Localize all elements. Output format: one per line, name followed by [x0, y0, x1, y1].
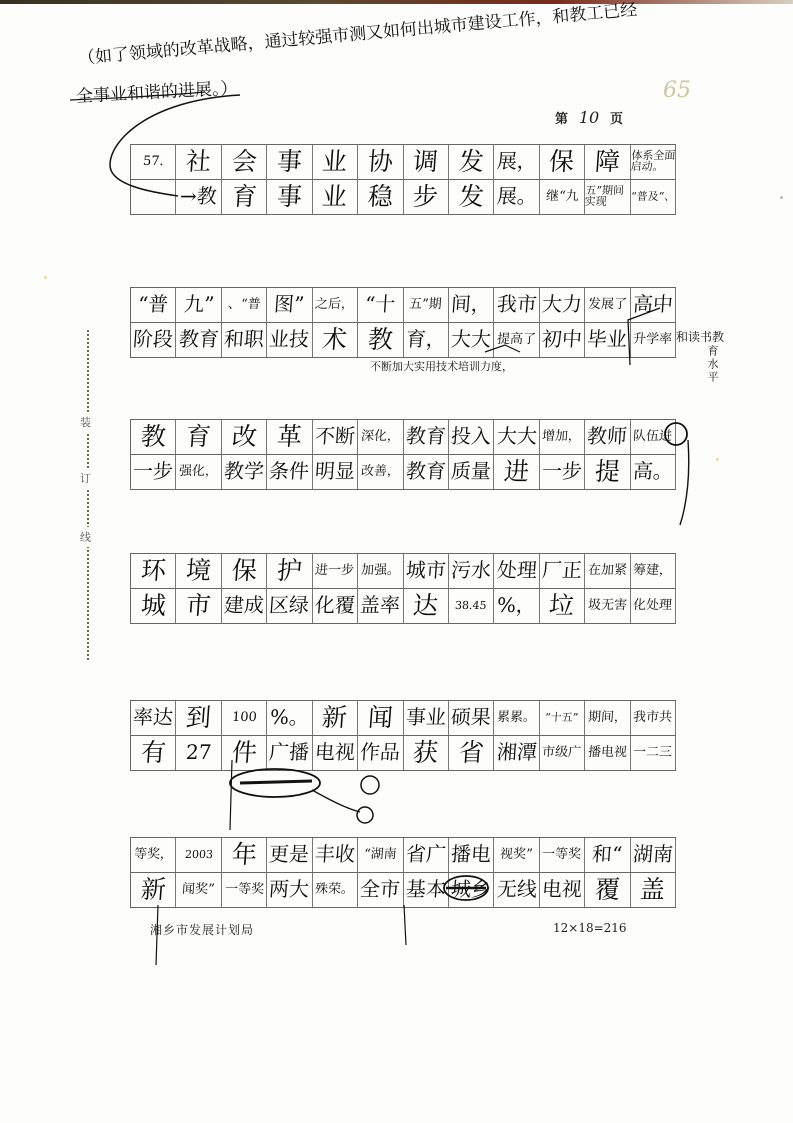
grid-cell: 毕业 — [585, 323, 630, 357]
handwritten-text: 一步 — [133, 461, 174, 481]
grid-cell: 大力 — [540, 288, 585, 322]
handwritten-text: 阶段 — [133, 329, 174, 349]
handwritten-text: 展。 — [496, 186, 537, 206]
grid-cell: 100 — [222, 701, 267, 735]
handwritten-text: 提 — [594, 459, 621, 484]
handwritten-text: 覆 — [594, 877, 621, 902]
handwritten-text: 作品 — [360, 742, 401, 762]
handwritten-text: 一等奖 — [224, 883, 264, 896]
handwritten-text: 稳 — [367, 184, 394, 209]
grid-cell: 保 — [540, 145, 585, 179]
page-label-prefix: 第 — [555, 108, 568, 127]
grid-cell: 步 — [404, 180, 449, 214]
grid-cell: 高。 — [631, 455, 676, 489]
grid-cell: 省 — [449, 736, 494, 770]
grid-cell: 调 — [404, 145, 449, 179]
delete-symbol-icon — [361, 776, 379, 794]
grid-cell: 盖率 — [358, 589, 403, 623]
handwritten-text: 殊荣。 — [315, 883, 355, 896]
grid-cell: 湖南 — [631, 838, 676, 872]
grid-cell — [131, 180, 176, 214]
grid-cell: 大大 — [494, 420, 539, 454]
handwritten-text: 27 — [185, 742, 212, 762]
handwritten-text: 播电 — [450, 844, 491, 864]
handwritten-text: 湘潭 — [496, 742, 537, 762]
handwritten-text: 调 — [412, 149, 439, 174]
handwritten-text: 新 — [321, 705, 348, 730]
grid-cell: 一二三 — [631, 736, 676, 770]
grid-cell: 教师 — [585, 420, 630, 454]
grid-cell: 57. — [131, 145, 176, 179]
page-label-suffix: 页 — [610, 108, 623, 127]
grid-cell: 高中 — [631, 288, 676, 322]
grid-cell: 视奖” — [494, 838, 539, 872]
handwritten-text: 教学 — [223, 461, 264, 481]
grid-line: 城市建成区绿化覆盖率达38.45%，垃圾无害化处理 — [130, 588, 676, 624]
handwritten-text: 改善， — [360, 465, 400, 478]
handwritten-text: 事 — [276, 149, 303, 174]
handwritten-text: 保 — [231, 558, 258, 583]
grid-cell: 护 — [267, 554, 312, 588]
grid-cell: 殊荣。 — [313, 873, 358, 907]
grid-line: 率达到100%。新闻事业硕果累累。“十五”期间，我市共 — [130, 700, 676, 735]
grid-row-pair-3: 教育改革不断深化，教育投入大大增加，教师队伍进一步强化，教学条件明显改善，教育质… — [130, 419, 676, 490]
grid-cell: 2003 — [176, 838, 221, 872]
handwritten-text: 和职 — [223, 329, 264, 349]
binding-mark-xian: 线 — [80, 527, 91, 547]
grid-cell: 境 — [176, 554, 221, 588]
grid-cell: 九” — [176, 288, 221, 322]
grid-cell: 全市 — [358, 873, 403, 907]
grid-cell: 等奖， — [131, 838, 176, 872]
grid-cell: 城市 — [404, 554, 449, 588]
handwritten-text: 厂正 — [541, 560, 582, 580]
grid-cell: 之后， — [313, 288, 358, 322]
handwritten-text: 城乡 — [450, 879, 491, 899]
grid-cell: 件 — [222, 736, 267, 770]
handwritten-text: 播电视 — [587, 746, 627, 759]
handwritten-text: 化覆 — [314, 595, 355, 615]
handwritten-text: 盖率 — [360, 595, 401, 615]
handwritten-text: 两大 — [269, 879, 310, 899]
grid-cell: 新 — [131, 873, 176, 907]
handwritten-text: 省广 — [405, 844, 446, 864]
deletion-circle — [230, 769, 320, 797]
handwritten-text: 保 — [549, 149, 576, 174]
grid-cell: 五”期间实现 — [585, 180, 630, 214]
handwritten-text: %。 — [269, 707, 309, 727]
grid-cell: 作品 — [358, 736, 403, 770]
handwritten-text: 事 — [276, 184, 303, 209]
handwritten-text: 进 — [503, 459, 530, 484]
handwritten-text: 教育 — [178, 329, 219, 349]
handwritten-text: 条件 — [269, 461, 310, 481]
grid-cell: 一等奖 — [540, 838, 585, 872]
handwritten-text: 革 — [276, 424, 303, 449]
handwritten-text: 基本 — [405, 879, 446, 899]
grid-cell: “湖南 — [358, 838, 403, 872]
grid-cell: →教 — [176, 180, 221, 214]
grid-cell: 闻奖” — [176, 873, 221, 907]
handwritten-text: “湖南 — [363, 848, 397, 861]
grid-cell: 更是 — [267, 838, 312, 872]
handwritten-text: 初中 — [541, 329, 582, 349]
grid-cell: 增加， — [540, 420, 585, 454]
handwritten-text: 育 — [231, 184, 258, 209]
grid-cell: 广播 — [267, 736, 312, 770]
grid-cell: 革 — [267, 420, 312, 454]
grid-cell: 市 — [176, 589, 221, 623]
handwritten-text: 环 — [140, 558, 167, 583]
grid-cell: 播电 — [449, 838, 494, 872]
grid-cell: 达 — [404, 589, 449, 623]
grid-cell: “十五” — [540, 701, 585, 735]
grid-cell: 教 — [131, 420, 176, 454]
binding-dotted-line — [87, 330, 95, 660]
page-number: 10 — [574, 108, 604, 127]
grid-cell: 一步 — [131, 455, 176, 489]
grid-cell: 展， — [494, 145, 539, 179]
grid-cell: 社 — [176, 145, 221, 179]
grid-cell: 继“九 — [540, 180, 585, 214]
grid-cell: 一等奖 — [222, 873, 267, 907]
scan-speck — [780, 196, 783, 199]
handwritten-text: 件 — [231, 740, 258, 765]
handwritten-text: 垃 — [549, 593, 576, 618]
grid-cell: 电视 — [540, 873, 585, 907]
strikethrough-mark — [240, 781, 312, 783]
handwritten-text: 社 — [185, 149, 212, 174]
handwritten-text: 电视 — [541, 879, 582, 899]
grid-cell: 获 — [404, 736, 449, 770]
handwritten-text: 市 — [185, 593, 212, 618]
handwritten-text: 升学率 — [633, 333, 673, 346]
handwritten-text: 加强。 — [360, 564, 400, 577]
grid-cell: 队伍进 — [631, 420, 676, 454]
grid-cell: 教育 — [404, 455, 449, 489]
grid-cell: 五”期 — [404, 288, 449, 322]
grid-cell: “普 — [131, 288, 176, 322]
handwritten-text: 高中 — [632, 294, 673, 314]
handwritten-text: 之后， — [315, 298, 355, 311]
grid-line: “普九”、“普图”之后，“十五”期间，我市大力发展了高中 — [130, 287, 676, 322]
grid-cell: 强化， — [176, 455, 221, 489]
grid-cell: 累累。 — [494, 701, 539, 735]
handwritten-text: 2003 — [184, 849, 213, 860]
handwritten-text: 体系全面启动。 — [630, 150, 676, 172]
grid-cell: 处理 — [494, 554, 539, 588]
handwritten-text: 强化， — [179, 465, 219, 478]
grid-line: →教育事业稳步发展。继“九五”期间实现“普及”、 — [130, 179, 676, 215]
annotation-insert-line-1: （如了领域的改革战略，通过较强市测又如何出城市建设工作，和教工已经 — [77, 0, 638, 69]
grid-cell: 污水 — [449, 554, 494, 588]
grid-cell: 发 — [449, 145, 494, 179]
handwritten-text: →教 — [180, 186, 218, 206]
handwritten-text: 大力 — [541, 294, 582, 314]
binding-mark-ding: 订 — [80, 468, 91, 488]
handwritten-text: 新 — [140, 877, 167, 902]
grid-cell: %。 — [267, 701, 312, 735]
scan-top-edge — [0, 0, 793, 4]
handwritten-text: 污水 — [450, 560, 491, 580]
grid-cell: 有 — [131, 736, 176, 770]
grid-row-pair-6: 等奖，2003年更是丰收“湖南省广播电视奖”一等奖和“湖南新闻奖”一等奖两大殊荣… — [130, 837, 676, 908]
grid-cell: 环 — [131, 554, 176, 588]
handwritten-text: 质量 — [450, 461, 491, 481]
handwritten-text: 视奖” — [500, 848, 534, 861]
grid-cell: 圾无害 — [585, 589, 630, 623]
grid-row-pair-1: 57.社会事业协调发展，保障体系全面启动。→教育事业稳步发展。继“九五”期间实现… — [130, 144, 676, 215]
grid-row-pair-2: “普九”、“普图”之后，“十五”期间，我市大力发展了高中阶段教育和职业技术教育，… — [130, 287, 676, 358]
handwritten-text: “普及”、 — [630, 191, 675, 202]
stray-stroke — [404, 905, 406, 945]
grid-cell: 不断 — [313, 420, 358, 454]
handwritten-text: 五”期间实现 — [584, 185, 630, 207]
grid-cell: 城 — [131, 589, 176, 623]
handwritten-text: 率达 — [133, 707, 174, 727]
handwritten-text: 省 — [458, 740, 485, 765]
handwritten-text: “普 — [137, 294, 169, 314]
handwritten-text: 湖南 — [632, 844, 673, 864]
handwritten-text: 进一步 — [315, 564, 355, 577]
grid-cell: 育， — [404, 323, 449, 357]
grid-cell: 垃 — [540, 589, 585, 623]
handwritten-text: 业 — [321, 184, 348, 209]
grid-cell: 丰收 — [313, 838, 358, 872]
grid-cell: 化覆 — [313, 589, 358, 623]
insertion-note-under-row: 不断加大实用技术培训力度， — [370, 358, 513, 374]
grid-cell: 湘潭 — [494, 736, 539, 770]
grid-line: 一步强化，教学条件明显改善，教育质量进一步提高。 — [130, 454, 676, 490]
handwritten-text: 市级广 — [542, 746, 582, 759]
grid-cell: 升学率 — [631, 323, 676, 357]
handwritten-text: 展， — [496, 151, 537, 171]
annotation-insert-line-2: 全事业和谐的进展。） — [75, 74, 238, 107]
grid-cell: 体系全面启动。 — [631, 145, 676, 179]
grid-cell: 教育 — [404, 420, 449, 454]
handwritten-text: 业技 — [269, 329, 310, 349]
grid-cell: 业技 — [267, 323, 312, 357]
handwritten-text: 达 — [412, 593, 439, 618]
grid-cell: 明显 — [313, 455, 358, 489]
grid-cell: 发 — [449, 180, 494, 214]
grid-cell: 事业 — [404, 701, 449, 735]
insertion-note-right-vertical: 育水平 — [704, 345, 720, 384]
grid-cell: 厂正 — [540, 554, 585, 588]
handwritten-text: 圾无害 — [587, 599, 627, 612]
grid-cell: 质量 — [449, 455, 494, 489]
handwritten-text: 更是 — [269, 844, 310, 864]
grid-cell: 率达 — [131, 701, 176, 735]
grid-cell: 业 — [313, 180, 358, 214]
handwritten-text: 教育 — [405, 461, 446, 481]
handwritten-text: 一等奖 — [542, 848, 582, 861]
page-label: 第 10 页 — [555, 108, 623, 127]
handwritten-text: 高。 — [632, 461, 673, 481]
grid-cell: 省广 — [404, 838, 449, 872]
handwritten-text: 会 — [231, 149, 258, 174]
handwritten-text: 间， — [450, 294, 491, 314]
handwritten-text: 不断 — [314, 426, 355, 446]
handwritten-text: 硕果 — [450, 707, 491, 727]
grid-cell: 展。 — [494, 180, 539, 214]
delete-leader-line — [312, 790, 360, 812]
grid-row-pair-5: 率达到100%。新闻事业硕果累累。“十五”期间，我市共有27件广播电视作品获省湘… — [130, 700, 676, 771]
grid-cell: 育 — [222, 180, 267, 214]
grid-cell: 间， — [449, 288, 494, 322]
handwritten-text: 一二三 — [633, 746, 673, 759]
handwritten-text: 57. — [142, 155, 164, 168]
grid-cell: %， — [494, 589, 539, 623]
handwritten-text: 化处理 — [633, 599, 673, 612]
grid-cell: 盖 — [631, 873, 676, 907]
grid-cell: 保 — [222, 554, 267, 588]
issuer-label: 湘乡市发展计划局 — [150, 921, 254, 938]
grid-line: 阶段教育和职业技术教育，大大提高了初中毕业升学率 — [130, 322, 676, 358]
grid-spec-label: 12×18=216 — [553, 921, 627, 935]
handwritten-text: 育 — [185, 424, 212, 449]
handwritten-text: 闻奖” — [182, 883, 216, 896]
grid-cell: 27 — [176, 736, 221, 770]
grid-cell: 加强。 — [358, 554, 403, 588]
grid-cell: 新 — [313, 701, 358, 735]
grid-cell: 会 — [222, 145, 267, 179]
grid-line: 教育改革不断深化，教育投入大大增加，教师队伍进 — [130, 419, 676, 454]
handwritten-text: 盖 — [639, 877, 666, 902]
handwritten-text: 闻 — [367, 705, 394, 730]
handwritten-text: 境 — [185, 558, 212, 583]
grid-cell: 教学 — [222, 455, 267, 489]
handwritten-text: 五”期 — [409, 298, 443, 311]
grid-cell: 发展了 — [585, 288, 630, 322]
handwritten-text: 九” — [183, 294, 215, 314]
handwritten-text: 协 — [367, 149, 394, 174]
grid-cell: 筹建， — [631, 554, 676, 588]
handwritten-text: 投入 — [450, 426, 491, 446]
handwritten-text: 增加， — [542, 430, 582, 443]
handwritten-text: 100 — [231, 711, 257, 724]
handwritten-text: 教师 — [587, 426, 628, 446]
handwritten-text: 大大 — [496, 426, 537, 446]
grid-cell: 、“普 — [222, 288, 267, 322]
handwritten-text: 队伍进 — [633, 430, 673, 443]
grid-cell: 基本 — [404, 873, 449, 907]
handwritten-text: 城 — [140, 593, 167, 618]
scan-speck — [44, 276, 47, 279]
grid-cell: 无线 — [494, 873, 539, 907]
grid-cell: 期间， — [585, 701, 630, 735]
grid-line: 环境保护进一步加强。城市污水处理厂正在加紧筹建， — [130, 553, 676, 588]
handwritten-text: 一步 — [541, 461, 582, 481]
handwritten-text: 深化， — [360, 430, 400, 443]
handwritten-text: 明显 — [314, 461, 355, 481]
pencil-page-number: 65 — [663, 78, 691, 103]
handwritten-text: “十 — [364, 294, 396, 314]
handwritten-text: 事业 — [405, 707, 446, 727]
handwritten-text: 毕业 — [587, 329, 628, 349]
grid-cell: 进 — [494, 455, 539, 489]
grid-cell: 大大 — [449, 323, 494, 357]
grid-cell: “普及”、 — [631, 180, 676, 214]
handwritten-text: 和“ — [592, 844, 624, 864]
grid-cell: 38.45 — [449, 589, 494, 623]
grid-cell: 提高了 — [494, 323, 539, 357]
binding-mark-zhuang: 装 — [80, 412, 91, 432]
grid-cell: 一步 — [540, 455, 585, 489]
handwritten-text: 获 — [412, 740, 439, 765]
handwritten-text: 步 — [412, 184, 439, 209]
grid-cell: 条件 — [267, 455, 312, 489]
grid-cell: 和职 — [222, 323, 267, 357]
handwritten-text: 我市共 — [633, 711, 673, 724]
insertion-note-right: 和读书教 — [676, 328, 724, 345]
grid-cell: 区绿 — [267, 589, 312, 623]
grid-cell: 建成 — [222, 589, 267, 623]
handwritten-text: 障 — [594, 149, 621, 174]
grid-cell: 育 — [176, 420, 221, 454]
handwritten-text: 我市 — [496, 294, 537, 314]
grid-cell: 电视 — [313, 736, 358, 770]
grid-cell: 障 — [585, 145, 630, 179]
handwritten-text: 教 — [367, 327, 394, 352]
handwritten-text: 护 — [276, 558, 303, 583]
grid-line: 新闻奖”一等奖两大殊荣。全市基本城乡无线电视覆盖 — [130, 872, 676, 908]
handwritten-text: 图” — [274, 294, 306, 314]
grid-cell: 改善， — [358, 455, 403, 489]
grid-cell: 提 — [585, 455, 630, 489]
grid-cell: 年 — [222, 838, 267, 872]
handwritten-text: 广播 — [269, 742, 310, 762]
handwritten-text: “十五” — [545, 712, 579, 723]
grid-cell: 到 — [176, 701, 221, 735]
handwritten-text: 术 — [321, 327, 348, 352]
handwritten-text: 区绿 — [269, 595, 310, 615]
handwritten-text: 期间， — [587, 711, 627, 724]
grid-cell: “十 — [358, 288, 403, 322]
handwritten-text: %， — [496, 595, 536, 615]
delete-symbol-icon — [357, 807, 373, 823]
handwritten-text: 发 — [458, 149, 485, 174]
handwritten-text: 有 — [140, 740, 167, 765]
handwritten-text: 38.45 — [455, 600, 487, 611]
handwritten-text: 继“九 — [545, 190, 579, 203]
handwritten-text: 改 — [231, 424, 258, 449]
grid-cell: 稳 — [358, 180, 403, 214]
grid-line: 等奖，2003年更是丰收“湖南省广播电视奖”一等奖和“湖南 — [130, 837, 676, 872]
handwritten-text: 、“普 — [227, 298, 261, 311]
grid-cell: 图” — [267, 288, 312, 322]
grid-line: 57.社会事业协调发展，保障体系全面启动。 — [130, 144, 676, 179]
correction-line — [680, 440, 689, 525]
handwritten-text: 等奖， — [133, 848, 173, 861]
grid-cell: 改 — [222, 420, 267, 454]
handwritten-text: 全市 — [360, 879, 401, 899]
handwritten-text: 电视 — [314, 742, 355, 762]
grid-cell: 两大 — [267, 873, 312, 907]
handwritten-text: 育， — [405, 329, 446, 349]
grid-cell: 化处理 — [631, 589, 676, 623]
handwritten-text: 城市 — [405, 560, 446, 580]
handwritten-text: 在加紧 — [587, 564, 627, 577]
grid-cell: 投入 — [449, 420, 494, 454]
handwritten-text: 年 — [231, 842, 258, 867]
scan-speck — [716, 458, 719, 461]
grid-cell: 进一步 — [313, 554, 358, 588]
handwritten-text: 处理 — [496, 560, 537, 580]
grid-cell: 闻 — [358, 701, 403, 735]
grid-cell: 事 — [267, 145, 312, 179]
handwritten-text: 筹建， — [633, 564, 673, 577]
